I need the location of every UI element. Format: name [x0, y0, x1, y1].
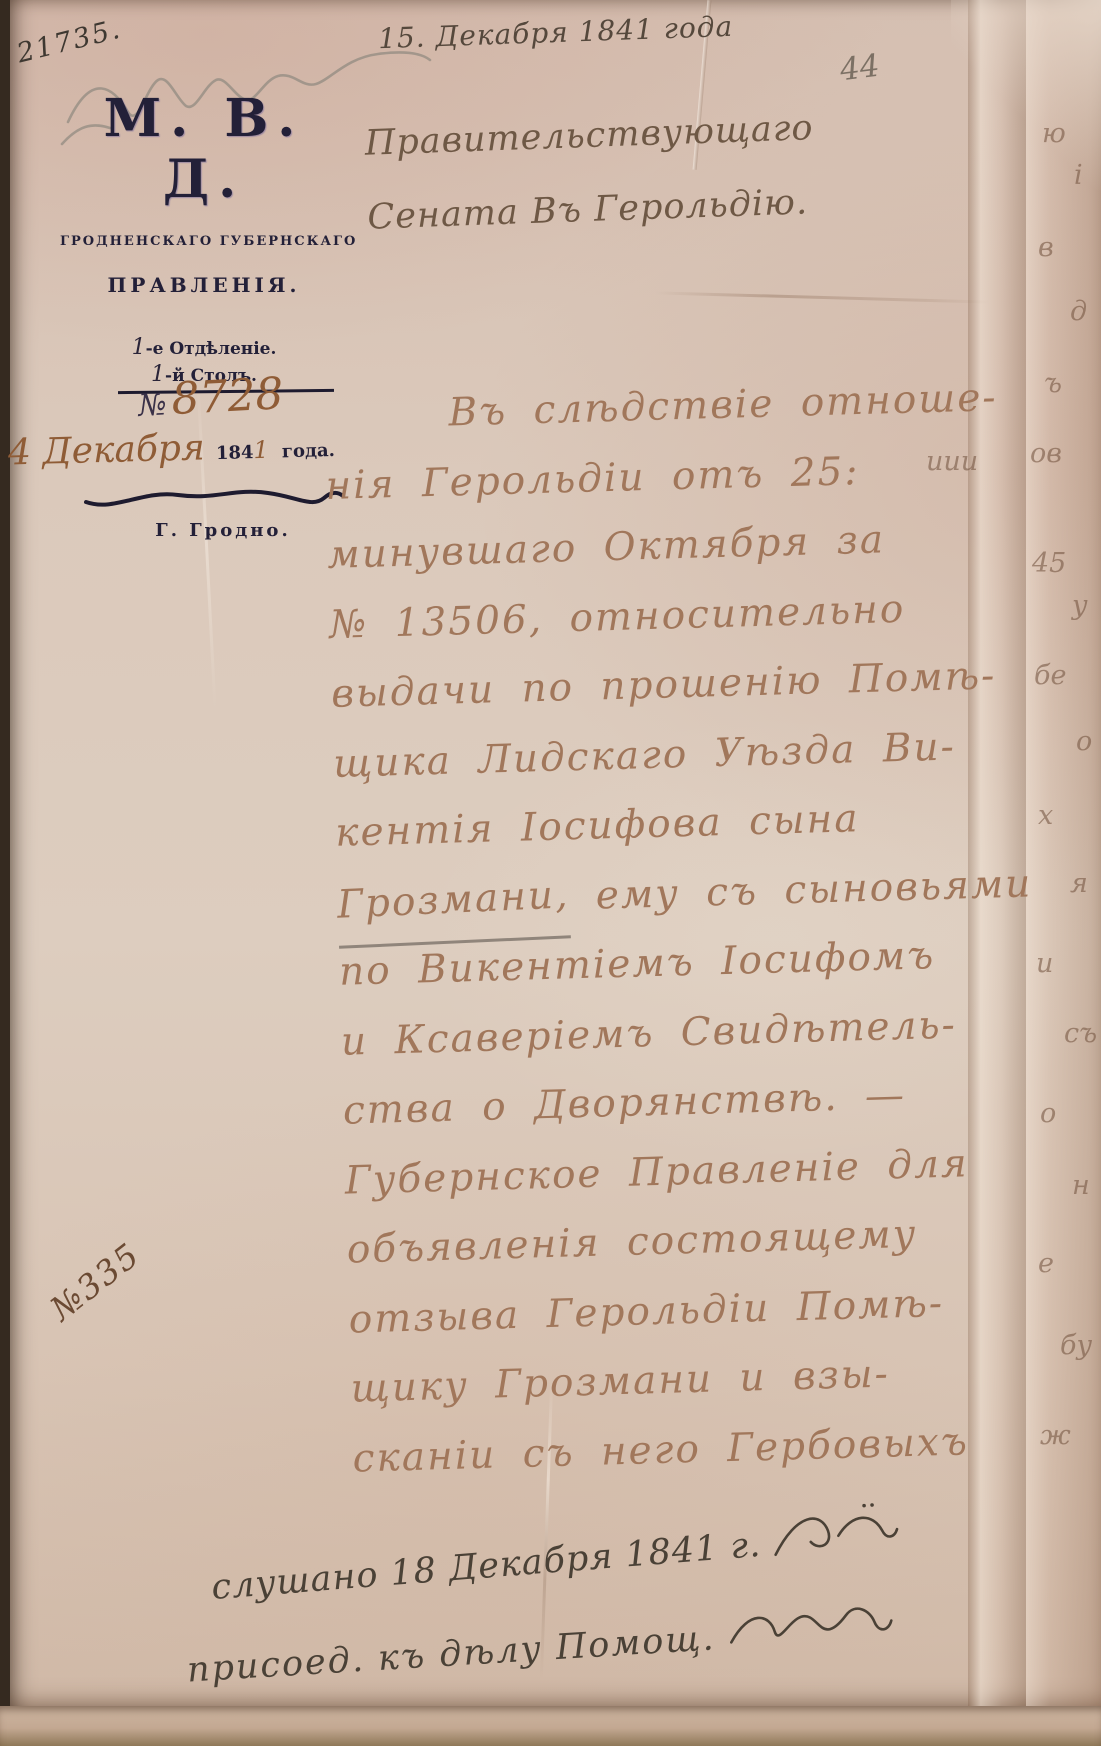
folio-page-number: 44 [838, 48, 882, 89]
office-name-line2: ПРАВЛЕНІЯ. [60, 273, 348, 297]
addressee-block: Правительствующаго Сената Въ Герольдію. [364, 89, 869, 254]
date-year-written-digit: 1 [253, 436, 269, 464]
flourish-rule [84, 482, 346, 514]
edge-text-fragment: иии [926, 446, 978, 477]
flourish-signature [768, 1497, 902, 1569]
date-day-month: 4 Декабря [8, 427, 206, 473]
letterhead: М. В. Д. ГРОДНЕНСКАГО ГУБЕРНСКАГО ПРАВЛЕ… [60, 88, 348, 389]
edge-text-fragment: о [1076, 726, 1092, 757]
clerk-signature [723, 1590, 896, 1662]
edge-text-fragment: съ [1064, 1018, 1097, 1049]
edge-text-fragment: и [1036, 948, 1053, 979]
department-line: 1-е Отдѣленіе. [60, 335, 348, 362]
edge-text-fragment: і [1074, 160, 1083, 191]
department-number: 1 [132, 335, 146, 360]
body-line-rest: ему съ сыновьями [569, 861, 1033, 919]
document-number-line: № 8728 [137, 368, 285, 427]
department-label: -е Отдѣленіе. [146, 339, 277, 359]
underlined-surname: Грозмани, [336, 860, 572, 948]
body-text: Въ слѣдствіе отноше- нія Герольдіи отъ 2… [323, 362, 1054, 1493]
edge-text-fragment: ов [1030, 438, 1062, 469]
edge-text-fragment: о [1040, 1098, 1056, 1129]
edge-text-fragment: ж [1040, 1420, 1071, 1451]
number-sign: № [137, 387, 167, 423]
edge-text-fragment: у [1072, 590, 1088, 621]
edge-text-fragment: х [1038, 800, 1053, 831]
office-name-line1: ГРОДНЕНСКАГО ГУБЕРНСКАГО [60, 234, 348, 249]
underlying-sheet [0, 1706, 1101, 1746]
edge-text-fragment: 45 [1032, 548, 1066, 579]
edge-text-fragment: ю [1042, 118, 1066, 149]
ministry-abbreviation: М. В. Д. [60, 88, 348, 210]
edge-text-fragment: я [1070, 868, 1088, 899]
edge-text-fragment: н [1072, 1170, 1090, 1201]
city-line: Г. Гродно. [118, 520, 328, 541]
document-scan: 21735. 15. Декабря 1841 года 44 Правител… [0, 0, 1101, 1746]
edge-text-fragment: в [1038, 232, 1054, 263]
date-year-printed: 184 [216, 442, 254, 464]
edge-text-fragment: бу [1060, 1330, 1092, 1361]
edge-text-fragment: бе [1034, 660, 1066, 691]
edge-text-fragment: д [1070, 296, 1087, 327]
edge-text-fragment: ъ [1044, 368, 1062, 399]
document-number: 8728 [170, 368, 285, 425]
edge-text-fragment: е [1038, 1248, 1054, 1279]
